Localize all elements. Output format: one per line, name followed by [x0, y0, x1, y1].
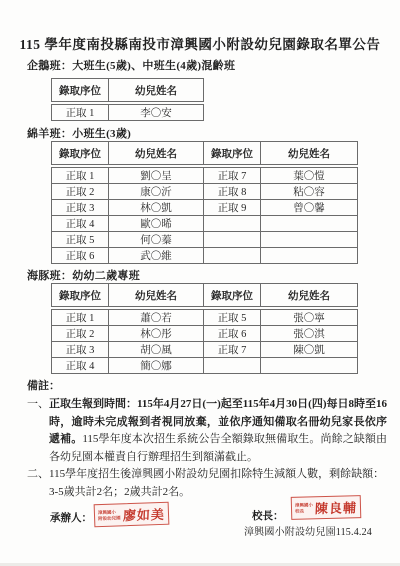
rank-cell [204, 232, 261, 248]
table-row: 正取 1蕭〇若正取 5張〇寧 [52, 308, 358, 326]
note-marker: 一、 [27, 396, 49, 466]
rank-cell: 正取 3 [52, 200, 109, 216]
child-name-cell [261, 358, 358, 374]
rank-cell: 正取 2 [52, 326, 109, 342]
section-heading-sheep-class: 綿羊班：小班生(3歲) [27, 125, 131, 141]
child-name-cell: 蕭〇若 [109, 308, 204, 326]
child-name-cell: 林〇凱 [109, 200, 204, 216]
rank-cell: 正取 1 [52, 103, 109, 121]
note-item-1: 一、 正取生報到時間：115年4月27日(一)起至115年4月30日(四)每日8… [27, 396, 387, 466]
child-name-cell: 劉〇呈 [109, 166, 204, 184]
rank-cell: 正取 6 [52, 248, 109, 264]
rank-cell: 正取 5 [52, 232, 109, 248]
note-marker: 二、 [27, 466, 49, 501]
column-header: 幼兒姓名 [109, 284, 204, 309]
column-header: 錄取序位 [204, 142, 261, 167]
handler-stamp: 漳興國小 附設幼兒園 廖如美 [94, 502, 169, 528]
child-name-cell [261, 216, 358, 232]
child-name-cell: 簡〇娜 [109, 358, 204, 374]
rank-cell: 正取 4 [52, 358, 109, 374]
table-row: 正取 4歐〇晞 [52, 216, 358, 232]
child-name-cell: 葉〇愷 [261, 166, 358, 184]
principal-label: 校長： [252, 508, 284, 523]
table-row: 正取 4簡〇娜 [52, 358, 358, 374]
handler-label: 承辦人： [50, 510, 92, 525]
child-name-cell: 李〇安 [109, 103, 204, 121]
notes-label: 備註： [27, 377, 60, 393]
principal-stamp-name: 陳良輔 [315, 497, 358, 517]
child-name-cell: 武〇維 [109, 248, 204, 264]
child-name-cell: 陳〇凱 [261, 342, 358, 358]
section-heading-penguin-class: 企鵝班：大班生(5歲)、中班生(4歲)混齡班 [27, 57, 235, 73]
rank-cell [204, 216, 261, 232]
table-row: 正取 1李〇安 [52, 103, 204, 121]
rank-cell: 正取 7 [204, 166, 261, 184]
note-line-1: 115學年度招生後漳興國小附設幼兒園扣除特生減額人數，剩餘缺額： [49, 466, 387, 484]
announcement-document: 115 學年度南投縣南投市漳興國小附設幼兒園錄取名單公告 企鵝班：大班生(5歲)… [0, 0, 400, 566]
handler-stamp-name: 廖如美 [122, 504, 165, 525]
child-name-cell: 張〇淇 [261, 326, 358, 342]
column-header: 錄取序位 [52, 284, 109, 309]
child-name-cell: 歐〇晞 [109, 216, 204, 232]
rank-cell: 正取 9 [204, 200, 261, 216]
table-row: 正取 3胡〇風正取 7陳〇凱 [52, 342, 358, 358]
rank-cell: 正取 5 [204, 308, 261, 326]
rank-cell: 正取 4 [52, 216, 109, 232]
header-row: 錄取序位幼兒姓名錄取序位幼兒姓名 [52, 284, 358, 309]
rank-cell: 正取 1 [52, 308, 109, 326]
principal-stamp: 漳興國小 校長 陳良輔 [291, 495, 362, 520]
table-row: 正取 6武〇維 [52, 248, 358, 264]
table-row: 正取 3林〇凱正取 9曾〇馨 [52, 200, 358, 216]
admission-table-penguin: 錄取序位幼兒姓名 正取 1李〇安 [51, 78, 204, 121]
section-heading-dolphin-class: 海豚班：幼幼二歲專班 [27, 267, 140, 283]
column-header: 錄取序位 [204, 284, 261, 309]
date-line: 漳興國小附設幼兒園115.4.24 [244, 523, 372, 538]
admission-table-dolphin: 錄取序位幼兒姓名錄取序位幼兒姓名 正取 1蕭〇若正取 5張〇寧正取 2林〇彤正取… [51, 283, 358, 374]
child-name-cell: 曾〇馨 [261, 200, 358, 216]
child-name-cell: 何〇蓁 [109, 232, 204, 248]
note-text: 正取生報到時間：115年4月27日(一)起至115年4月30日(四)每日8時至1… [49, 396, 387, 466]
rank-cell [204, 358, 261, 374]
table-row: 正取 2康〇沂正取 8粘〇容 [52, 184, 358, 200]
child-name-cell: 康〇沂 [109, 184, 204, 200]
child-name-cell [261, 232, 358, 248]
column-header: 錄取序位 [52, 79, 109, 104]
column-header: 幼兒姓名 [261, 142, 358, 167]
note-normal-segment: 115學年度本次招生系統公告全額錄取無備取生。尚餘之缺額由各幼兒園本權責自行辦理… [49, 433, 387, 463]
column-header: 錄取序位 [52, 142, 109, 167]
column-header: 幼兒姓名 [109, 142, 204, 167]
rank-cell: 正取 8 [204, 184, 261, 200]
column-header: 幼兒姓名 [261, 284, 358, 309]
table-row: 正取 2林〇彤正取 6張〇淇 [52, 326, 358, 342]
child-name-cell: 粘〇容 [261, 184, 358, 200]
admission-table-sheep: 錄取序位幼兒姓名錄取序位幼兒姓名 正取 1劉〇呈正取 7葉〇愷正取 2康〇沂正取… [51, 141, 358, 264]
table-row: 正取 5何〇蓁 [52, 232, 358, 248]
rank-cell: 正取 2 [52, 184, 109, 200]
child-name-cell: 林〇彤 [109, 326, 204, 342]
rank-cell: 正取 7 [204, 342, 261, 358]
column-header: 幼兒姓名 [109, 79, 204, 104]
rank-cell [204, 248, 261, 264]
header-row: 錄取序位幼兒姓名錄取序位幼兒姓名 [52, 142, 358, 167]
stamp-org-text: 漳興國小 校長 [295, 503, 313, 514]
child-name-cell: 張〇寧 [261, 308, 358, 326]
rank-cell: 正取 1 [52, 166, 109, 184]
header-row: 錄取序位幼兒姓名 [52, 79, 204, 104]
stamp-org-text: 漳興國小 附設幼兒園 [98, 510, 121, 521]
rank-cell: 正取 3 [52, 342, 109, 358]
table-row: 正取 1劉〇呈正取 7葉〇愷 [52, 166, 358, 184]
rank-cell: 正取 6 [204, 326, 261, 342]
page-title: 115 學年度南投縣南投市漳興國小附設幼兒園錄取名單公告 [0, 33, 400, 53]
child-name-cell: 胡〇風 [109, 342, 204, 358]
child-name-cell [261, 248, 358, 264]
